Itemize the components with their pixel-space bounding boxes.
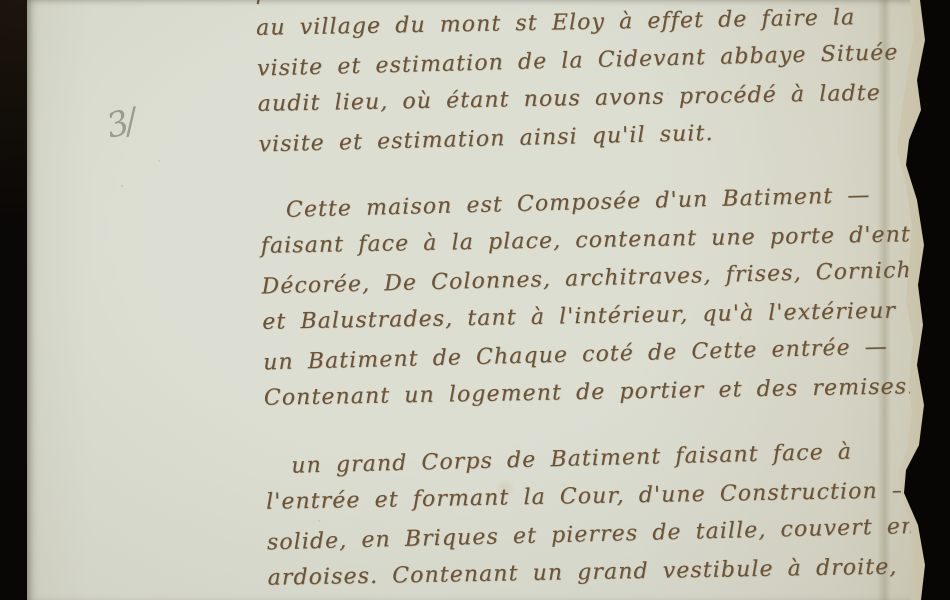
paragraph: partie des domaines nationaux, sommesau … xyxy=(255,0,950,163)
scan-background: 3/ partie des domaines nationaux, sommes… xyxy=(0,0,950,600)
paragraph: un grand Corps de Batiment faisant face … xyxy=(265,432,950,599)
paragraph: Cette maison est Composée d'un Batiment … xyxy=(260,176,950,419)
manuscript-page: 3/ partie des domaines nationaux, sommes… xyxy=(27,0,930,600)
handwritten-text: partie des domaines nationaux, sommesau … xyxy=(255,0,950,599)
edge-ink-speck xyxy=(913,129,920,131)
margin-pencil-note: 3/ xyxy=(103,101,139,146)
